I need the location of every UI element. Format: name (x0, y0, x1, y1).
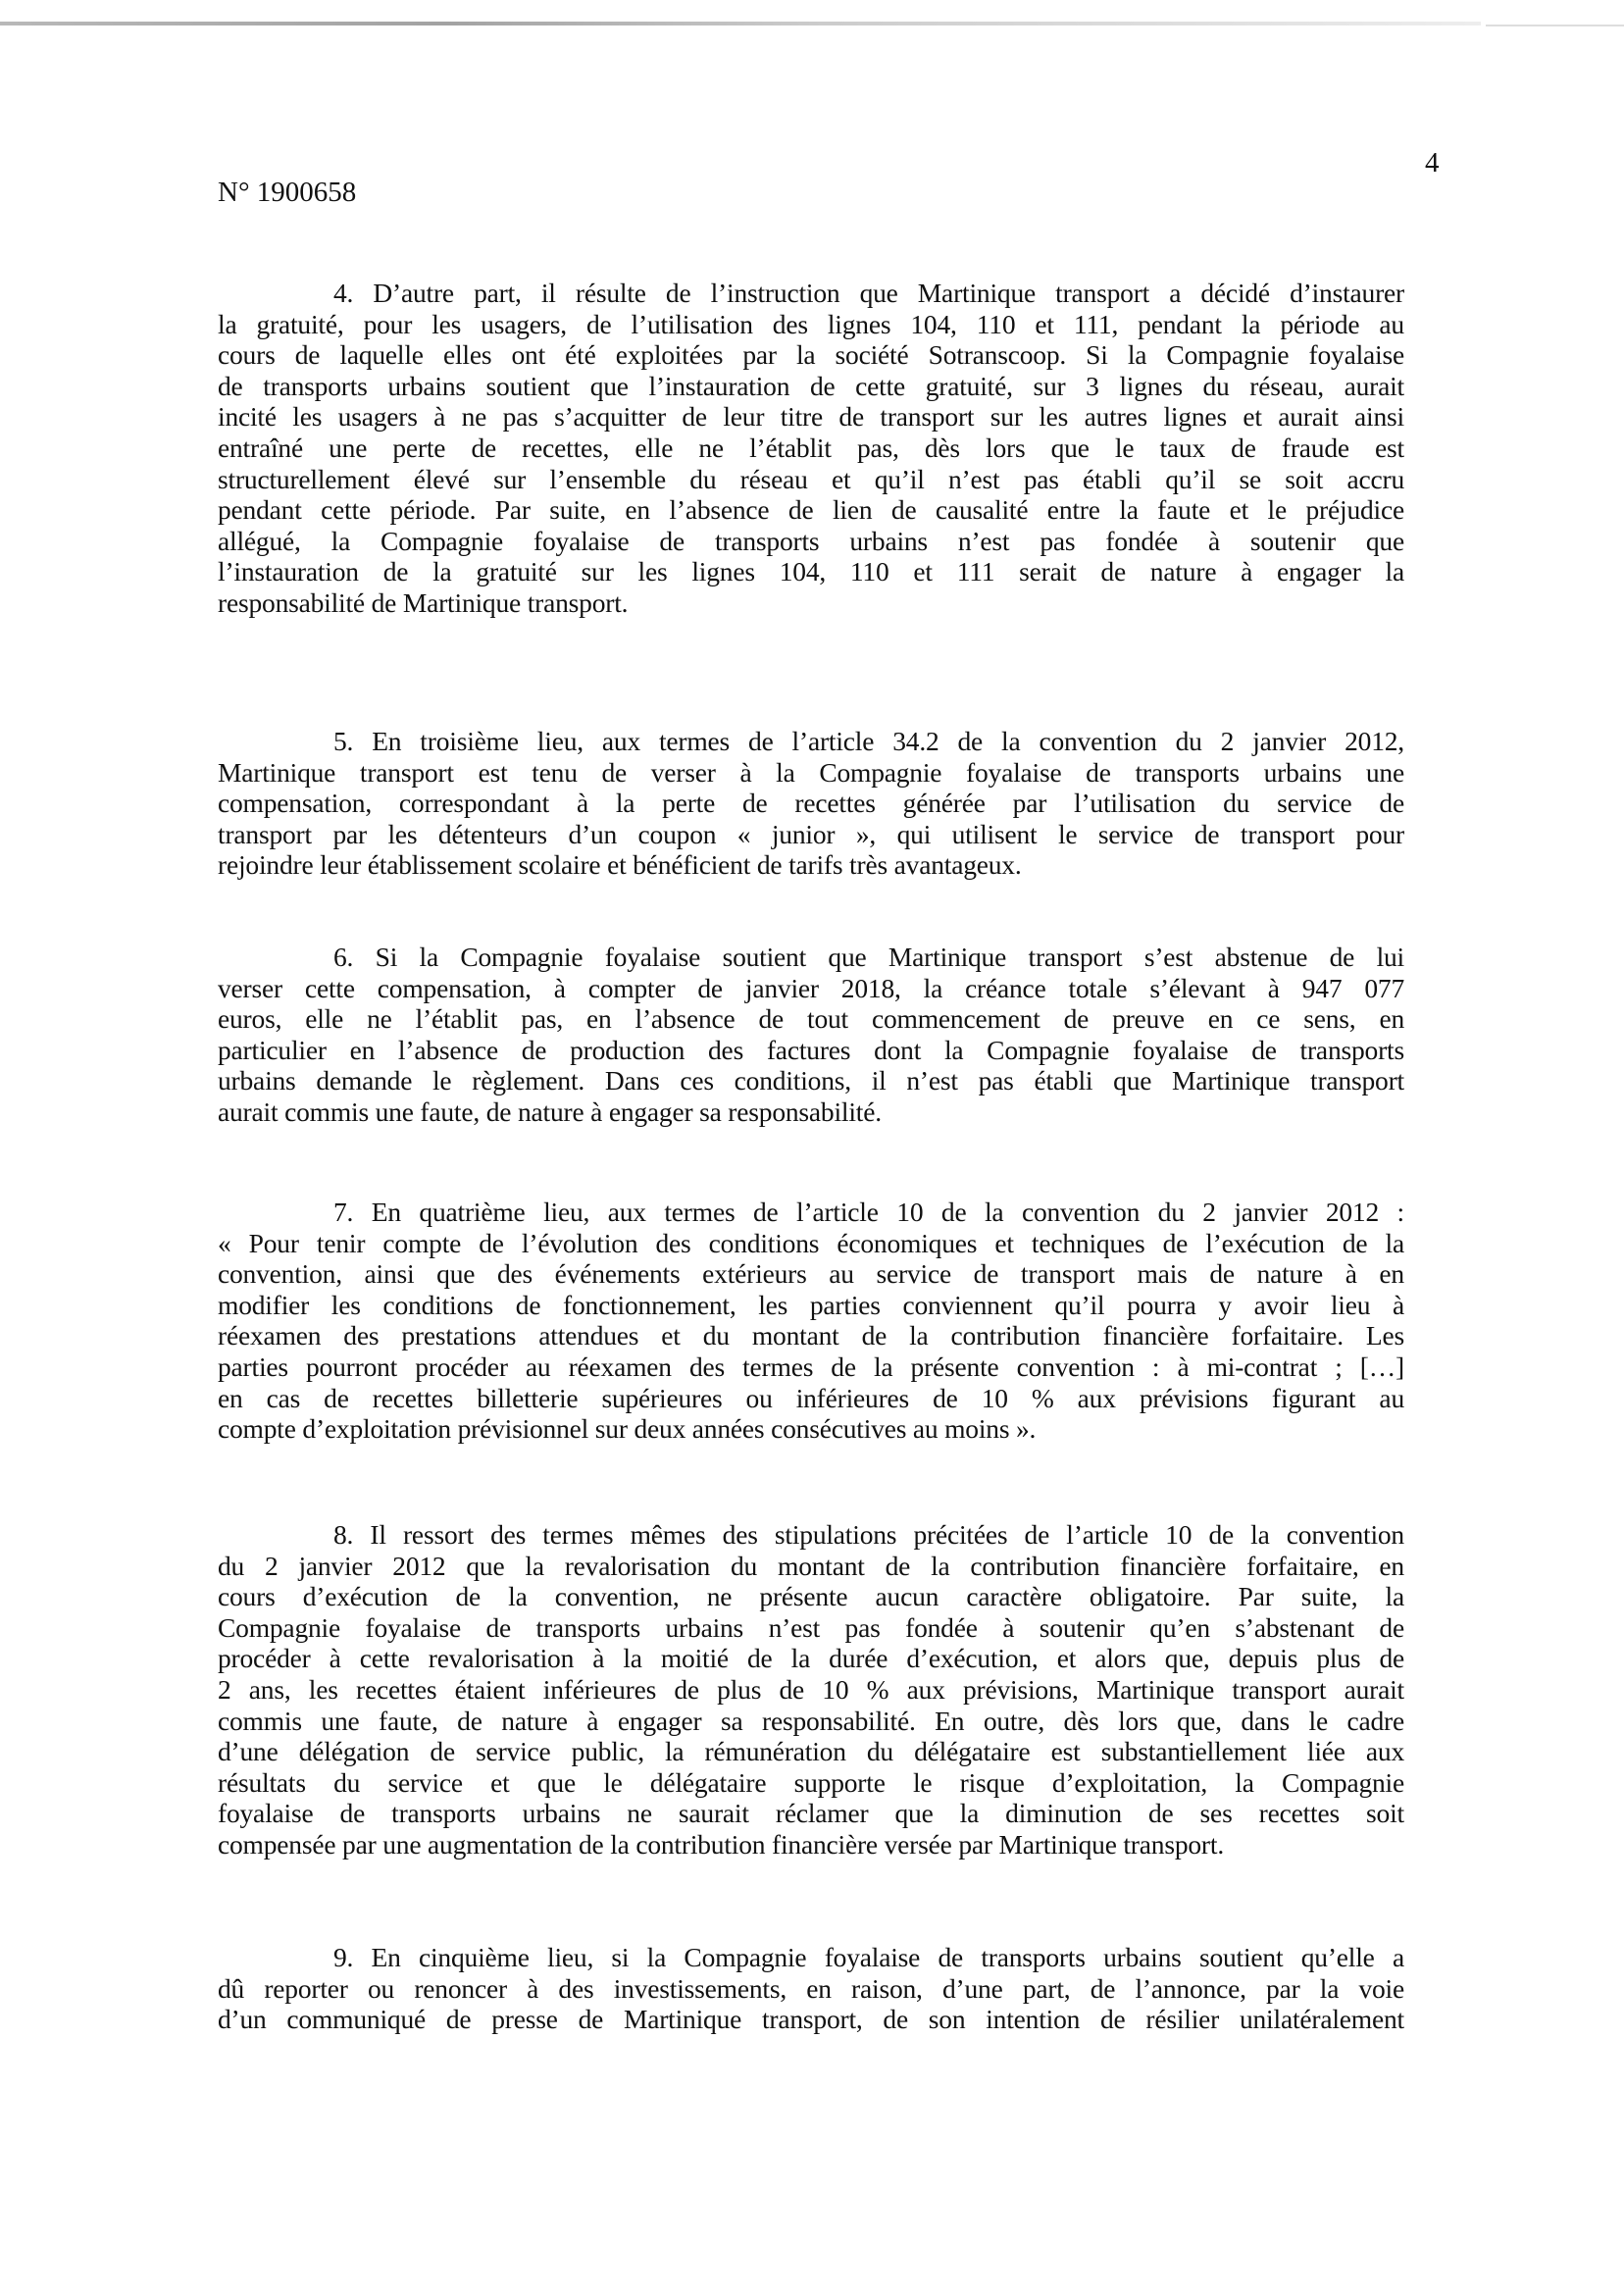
text-line: « Pour tenir compte de l’évolution des c… (218, 1228, 1404, 1259)
scan-artifact-line (0, 22, 1481, 25)
text-line: rejoindre leur établissement scolaire et… (218, 849, 1404, 881)
paragraph-9: 9. En cinquième lieu, si la Compagnie fo… (218, 1942, 1404, 2035)
text-line: compte d’exploitation prévisionnel sur d… (218, 1413, 1404, 1445)
text-line: l’instauration de la gratuité sur les li… (218, 556, 1404, 587)
text-line: transport par les détenteurs d’un coupon… (218, 819, 1404, 850)
text-line: résultats du service et que le délégatai… (218, 1767, 1404, 1799)
text-line: la gratuité, pour les usagers, de l’util… (218, 309, 1404, 340)
text-line: particulier en l’absence de production d… (218, 1035, 1404, 1066)
text-line: urbains demande le règlement. Dans ces c… (218, 1065, 1404, 1096)
paragraph-6: 6. Si la Compagnie foyalaise soutient qu… (218, 942, 1404, 1128)
page-number: 4 (1425, 147, 1440, 179)
text-line: pendant cette période. Par suite, en l’a… (218, 494, 1404, 526)
text-line: 2 ans, les recettes étaient inférieures … (218, 1674, 1404, 1706)
text-line: du 2 janvier 2012 que la revalorisation … (218, 1551, 1404, 1582)
text-line: d’une délégation de service public, la r… (218, 1736, 1404, 1767)
text-line: 6. Si la Compagnie foyalaise soutient qu… (218, 942, 1404, 973)
case-number: N° 1900658 (218, 177, 356, 209)
text-line: allégué, la Compagnie foyalaise de trans… (218, 526, 1404, 557)
text-line: d’un communiqué de presse de Martinique … (218, 2004, 1404, 2035)
text-line: Compagnie foyalaise de transports urbain… (218, 1612, 1404, 1644)
text-line: 7. En quatrième lieu, aux termes de l’ar… (218, 1197, 1404, 1228)
text-line: cours d’exécution de la convention, ne p… (218, 1581, 1404, 1612)
text-line: incité les usagers à ne pas s’acquitter … (218, 401, 1404, 433)
paragraph-7: 7. En quatrième lieu, aux termes de l’ar… (218, 1197, 1404, 1445)
scan-artifact-line (1486, 25, 1624, 26)
text-line: de transports urbains soutient que l’ins… (218, 371, 1404, 402)
paragraph-5: 5. En troisième lieu, aux termes de l’ar… (218, 726, 1404, 881)
text-line: structurellement élevé sur l’ensemble du… (218, 464, 1404, 495)
text-line: entraîné une perte de recettes, elle ne … (218, 433, 1404, 464)
text-line: verser cette compensation, à compter de … (218, 973, 1404, 1004)
text-line: modifier les conditions de fonctionnemen… (218, 1290, 1404, 1321)
text-line: 9. En cinquième lieu, si la Compagnie fo… (218, 1942, 1404, 1973)
text-line: aurait commis une faute, de nature à eng… (218, 1096, 1404, 1128)
text-line: compensation, correspondant à la perte d… (218, 788, 1404, 819)
text-line: procéder à cette revalorisation à la moi… (218, 1643, 1404, 1674)
text-line: foyalaise de transports urbains ne saura… (218, 1798, 1404, 1829)
text-line: dû reporter ou renoncer à des investisse… (218, 1973, 1404, 2005)
text-line: Martinique transport est tenu de verser … (218, 757, 1404, 789)
text-line: parties pourront procéder au réexamen de… (218, 1351, 1404, 1383)
text-line: euros, elle ne l’établit pas, en l’absen… (218, 1003, 1404, 1035)
paragraph-8: 8. Il ressort des termes mêmes des stipu… (218, 1519, 1404, 1861)
text-line: cours de laquelle elles ont été exploité… (218, 339, 1404, 371)
text-line: commis une faute, de nature à engager sa… (218, 1706, 1404, 1737)
text-line: convention, ainsi que des événements ext… (218, 1258, 1404, 1290)
text-line: en cas de recettes billetterie supérieur… (218, 1383, 1404, 1414)
text-line: 4. D’autre part, il résulte de l’instruc… (218, 278, 1404, 309)
text-line: 5. En troisième lieu, aux termes de l’ar… (218, 726, 1404, 757)
text-line: responsabilité de Martinique transport. (218, 587, 1404, 619)
paragraph-4: 4. D’autre part, il résulte de l’instruc… (218, 278, 1404, 619)
text-line: compensée par une augmentation de la con… (218, 1829, 1404, 1861)
text-line: 8. Il ressort des termes mêmes des stipu… (218, 1519, 1404, 1551)
text-line: réexamen des prestations attendues et du… (218, 1320, 1404, 1351)
